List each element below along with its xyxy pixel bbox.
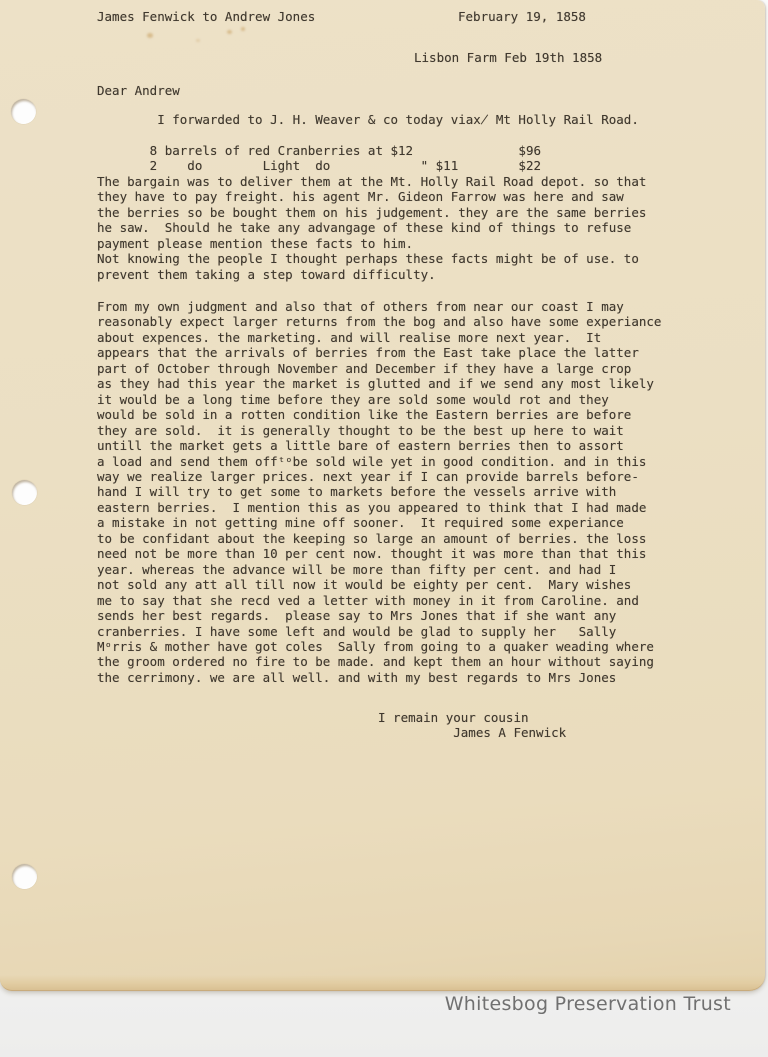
hole-punch (12, 864, 37, 889)
stain-mark (227, 30, 232, 34)
letter-header-date: February 19, 1858 (458, 9, 586, 24)
hole-punch (12, 480, 37, 505)
page-bottom-edge (0, 975, 765, 991)
stain-mark (241, 27, 245, 31)
letter-recipients-line: James Fenwick to Andrew Jones (97, 9, 315, 24)
watermark-text: Whitesbog Preservation Trust (445, 993, 731, 1015)
stain-mark (196, 39, 200, 42)
hole-punch (11, 99, 36, 124)
letter-closing-signature: I remain your cousin James A Fenwick (378, 710, 566, 741)
letter-place-dateline: Lisbon Farm Feb 19th 1858 (414, 50, 602, 65)
letter-salutation: Dear Andrew (97, 83, 180, 98)
letter-body-block-1: I forwarded to J. H. Weaver & co today v… (97, 112, 646, 282)
scanned-letter-view: James Fenwick to Andrew Jones February 1… (0, 0, 768, 1057)
letter-page: James Fenwick to Andrew Jones February 1… (0, 0, 765, 991)
stain-mark (147, 33, 153, 38)
letter-body-block-2: From my own judgment and also that of ot… (97, 299, 661, 685)
